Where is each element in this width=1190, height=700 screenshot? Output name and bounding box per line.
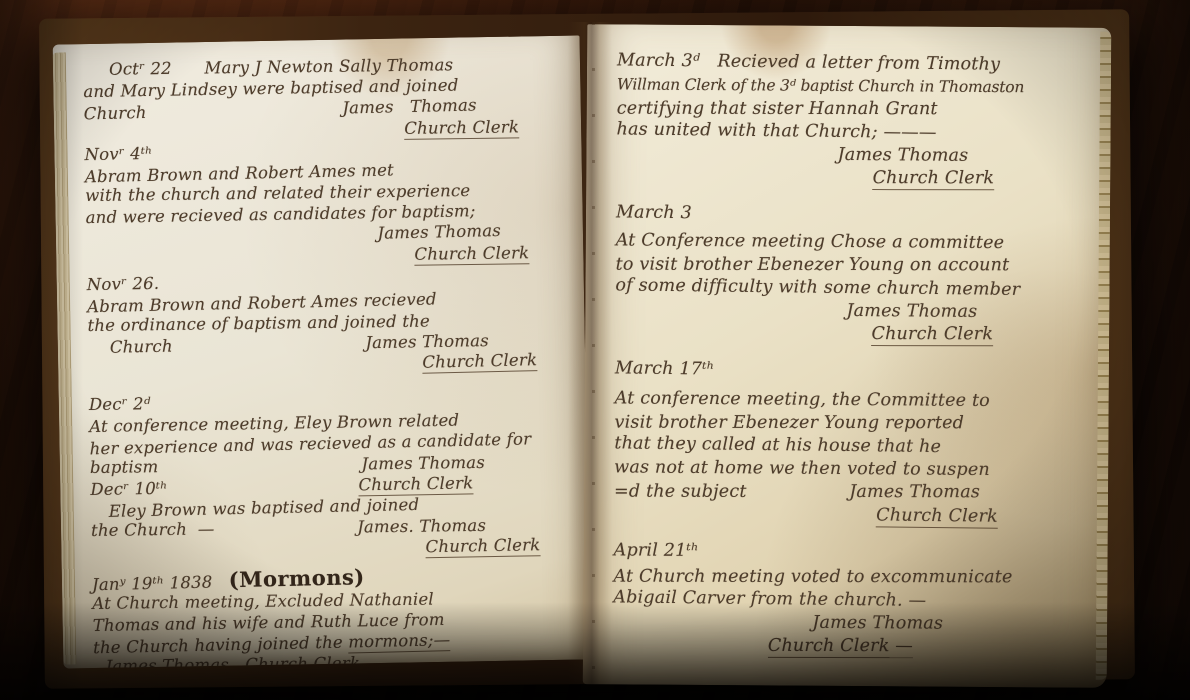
- handwriting-segment: James Thomas: [812, 613, 943, 634]
- handwriting-signature-part: James Thomas: [342, 93, 563, 119]
- manuscript-line: Church Clerk: [616, 167, 1086, 191]
- manuscript-line: visit brother Ebenezer Young reported: [615, 412, 1085, 436]
- handwriting-left-part: the Church —: [91, 518, 215, 541]
- handwriting-segment: James Thomas: [849, 482, 980, 502]
- handwriting-segment: Church Clerk: [871, 324, 993, 346]
- handwriting-segment: James Thomas: [846, 301, 977, 322]
- handwriting-segment: was not at home we then voted to suspen: [614, 457, 990, 480]
- handwriting-segment: the Church —: [91, 519, 215, 540]
- handwriting-segment: to visit brother Ebenezer Young on accou…: [616, 255, 1010, 276]
- left-page: Octʳ 22 Mary J Newton Sally Thomasand Ma…: [53, 35, 591, 668]
- handwriting-left-part: =d the subject: [614, 481, 747, 504]
- handwriting-segment: visit brother Ebenezer Young reported: [615, 413, 965, 434]
- handwriting-segment: Church Clerk —: [768, 636, 913, 658]
- manuscript-line: April 21ᵗʰ: [614, 539, 1084, 565]
- handwriting-segment: Decʳ 10ᵗʰ: [90, 479, 168, 499]
- manuscript-line: Church Clerk: [614, 501, 1084, 529]
- handwriting-segment: Church Clerk: [876, 505, 998, 528]
- manuscript-line: March 17ᵗʰ: [615, 357, 1085, 385]
- open-book: Octʳ 22 Mary J Newton Sally Thomasand Ma…: [0, 0, 1190, 700]
- manuscript-line: Church Clerk —: [613, 635, 1083, 659]
- handwriting-segment: that they called at his house that he: [614, 433, 941, 457]
- handwriting-segment: Novʳ 26.: [87, 274, 160, 294]
- handwriting-signature-part: James Thomas: [849, 481, 1084, 504]
- handwriting-segment: of some difficulty with some church memb…: [615, 275, 1020, 300]
- handwriting-segment: the ordinance of baptism and joined the: [87, 312, 430, 335]
- manuscript-line: James Thomas: [616, 142, 1086, 168]
- handwriting-segment: At Church meeting, Excluded Nathaniel: [92, 590, 434, 613]
- handwriting-segment: April 21ᵗʰ: [614, 540, 699, 561]
- handwriting-segment: James Thomas: [342, 95, 477, 117]
- handwriting-segment: Novʳ 4ᵗʰ: [84, 144, 152, 164]
- right-page-text: March 3ᵈ Recieved a letter from TimothyW…: [583, 24, 1112, 688]
- mormons-annotation: (Mormons): [228, 564, 365, 592]
- manuscript-line: certifying that sister Hannah Grant: [617, 98, 1087, 122]
- handwriting-segment: Decʳ 2ᵈ: [89, 394, 151, 414]
- handwriting-left-part: baptism: [90, 456, 159, 478]
- handwriting-segment: mormons;—: [348, 630, 450, 653]
- handwriting-segment: James Thomas: [365, 331, 489, 352]
- manuscript-line: March 3: [616, 201, 1086, 229]
- manuscript-line: At Conference meeting Chose a committee: [616, 229, 1086, 255]
- left-page-text: Octʳ 22 Mary J Newton Sally Thomasand Ma…: [53, 35, 591, 668]
- handwriting-segment: At conference meeting, the Committee to: [615, 388, 990, 411]
- handwriting-segment: March 3: [616, 202, 692, 223]
- handwriting-segment: Church Clerk: [873, 168, 995, 190]
- handwriting-segment: Church Clerk: [425, 535, 540, 558]
- manuscript-line: Willman Clerk of the 3ᵈ baptist Church i…: [617, 73, 1087, 99]
- handwriting-segment: At Conference meeting Chose a committee: [616, 230, 1005, 253]
- handwriting-segment: Abigail Carver from the church. —: [613, 587, 926, 611]
- handwriting-segment: James Thomas: [361, 453, 485, 474]
- handwriting-segment: March 3ᵈ Recieved a letter from Timothy: [617, 50, 1000, 74]
- handwriting-segment: James Thomas: [377, 221, 501, 243]
- right-page: March 3ᵈ Recieved a letter from TimothyW…: [583, 24, 1112, 688]
- handwriting-segment: James Thomas: [837, 145, 968, 166]
- handwriting-left-part: Church: [110, 336, 173, 358]
- manuscript-line: to visit brother Ebenezer Young on accou…: [616, 254, 1086, 278]
- handwriting-segment: baptism: [90, 457, 159, 477]
- photo-scene: Octʳ 22 Mary J Newton Sally Thomasand Ma…: [0, 0, 1190, 700]
- manuscript-line: At conference meeting, the Committee to: [615, 387, 1085, 413]
- handwriting-segment: has united with that Church; ———: [616, 119, 936, 143]
- handwriting-signature-part: James. Thomas: [357, 514, 570, 538]
- manuscript-line: James Thomas: [615, 298, 1085, 324]
- manuscript-line: Church Clerk: [615, 323, 1085, 347]
- handwriting-segment: with the church and related their experi…: [85, 181, 470, 205]
- handwriting-segment: Church Clerk: [404, 117, 519, 140]
- handwriting-segment: Willman Clerk of the 3ᵈ baptist Church i…: [617, 75, 1024, 96]
- manuscript-line: James Thomas: [613, 610, 1083, 636]
- handwriting-segment: =d the subject: [614, 482, 747, 502]
- handwriting-segment: certifying that sister Hannah Grant: [617, 99, 938, 120]
- handwriting-segment: At Church meeting voted to excommunicate: [613, 567, 1012, 588]
- handwriting-segment: March 17ᵗʰ: [615, 358, 715, 379]
- handwriting-segment: James. Thomas: [357, 516, 486, 537]
- manuscript-line: was not at home we then voted to suspen: [614, 456, 1084, 482]
- handwriting-signature-part: James Thomas: [361, 451, 569, 475]
- manuscript-line: At Church meeting voted to excommunicate: [613, 566, 1083, 590]
- handwriting-segment: Octʳ 22 Mary J Newton Sally Thomas: [109, 55, 453, 79]
- handwriting-segment: Church: [84, 103, 147, 123]
- handwriting-left-part: Decʳ 10ᵗʰ: [90, 478, 168, 500]
- handwriting-segment: Church: [110, 337, 173, 357]
- handwriting-segment: Church Clerk: [414, 243, 529, 266]
- manuscript-line: =d the subjectJames Thomas: [614, 481, 1084, 505]
- handwriting-segment: Church Clerk: [422, 350, 537, 374]
